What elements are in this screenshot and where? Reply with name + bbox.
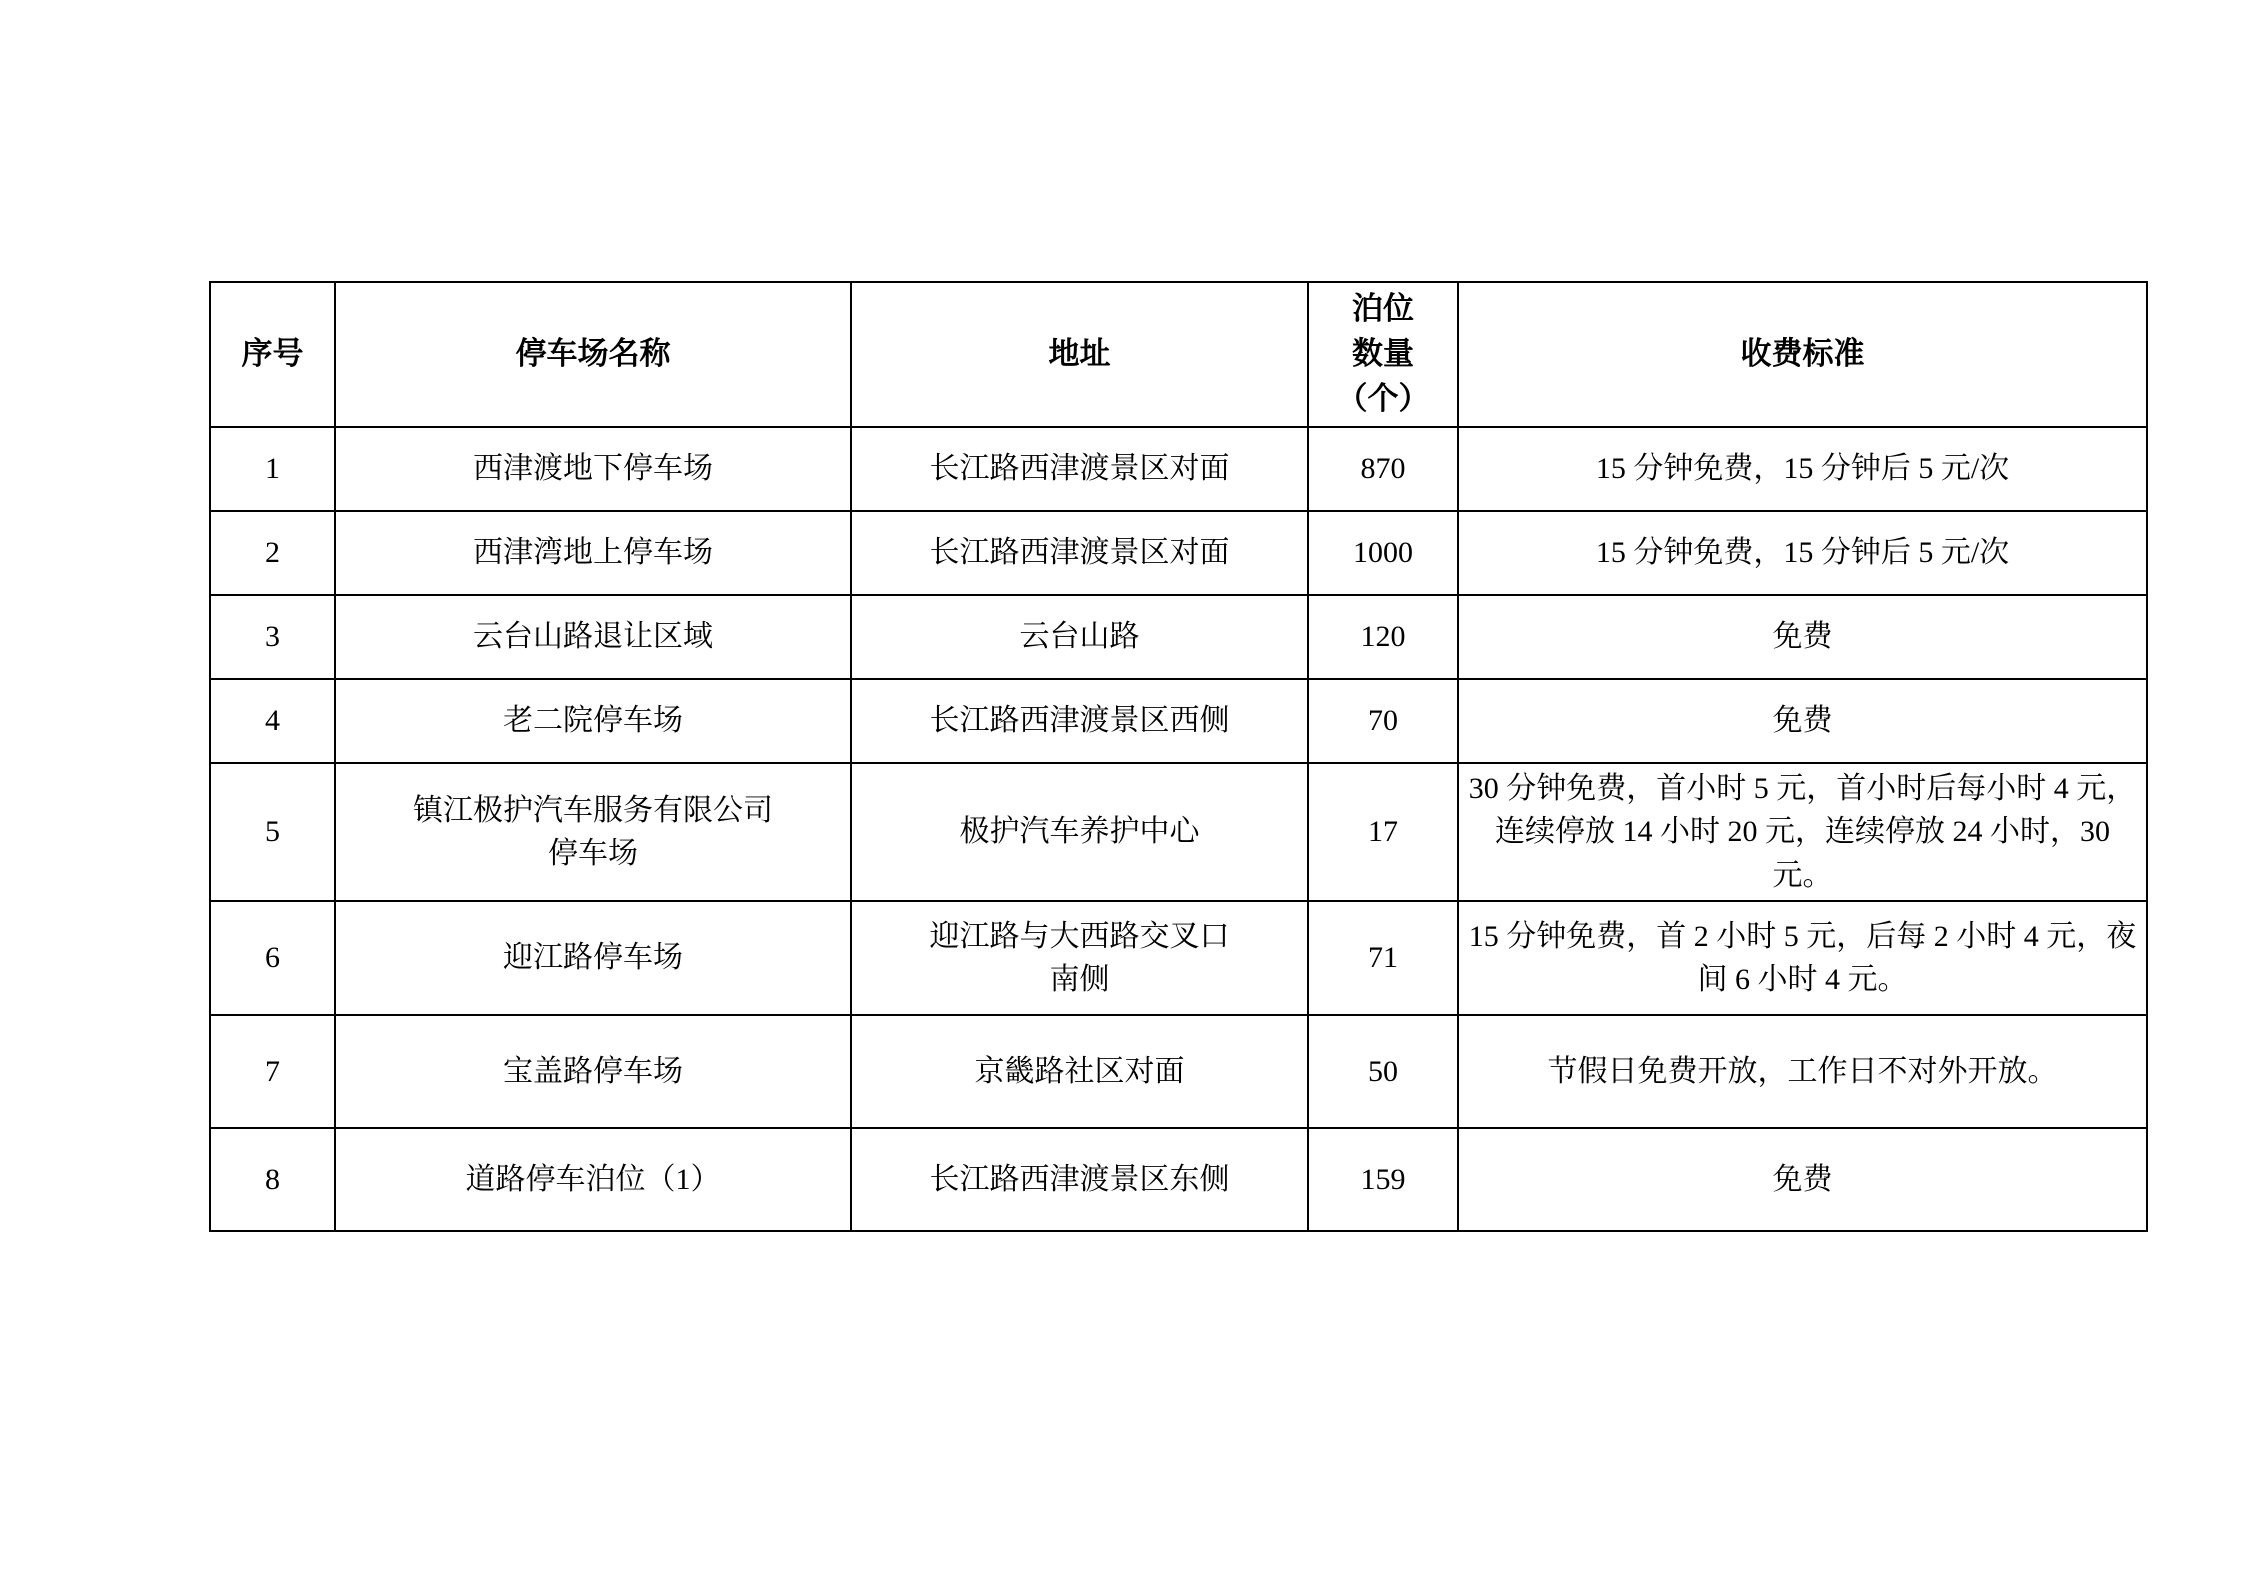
cell-name: 迎江路停车场 [335, 901, 851, 1015]
header-fee: 收费标准 [1458, 282, 2147, 427]
cell-name: 西津渡地下停车场 [335, 427, 851, 511]
header-berths: 泊位 数量 （个） [1308, 282, 1458, 427]
cell-berths: 1000 [1308, 511, 1458, 595]
cell-fee: 15 分钟免费，15 分钟后 5 元/次 [1458, 427, 2147, 511]
header-name: 停车场名称 [335, 282, 851, 427]
cell-berths: 159 [1308, 1128, 1458, 1231]
cell-name: 老二院停车场 [335, 679, 851, 763]
cell-address: 长江路西津渡景区对面 [851, 511, 1308, 595]
cell-address: 迎江路与大西路交叉口 南侧 [851, 901, 1308, 1015]
cell-address: 长江路西津渡景区对面 [851, 427, 1308, 511]
cell-address: 京畿路社区对面 [851, 1015, 1308, 1128]
cell-address: 云台山路 [851, 595, 1308, 679]
parking-table: 序号 停车场名称 地址 泊位 数量 （个） 收费标准 1 西津渡地下停车场 长江… [209, 281, 2148, 1232]
cell-berths: 50 [1308, 1015, 1458, 1128]
cell-index: 7 [210, 1015, 335, 1128]
cell-name: 西津湾地上停车场 [335, 511, 851, 595]
table-row: 2 西津湾地上停车场 长江路西津渡景区对面 1000 15 分钟免费，15 分钟… [210, 511, 2147, 595]
header-index: 序号 [210, 282, 335, 427]
cell-berths: 17 [1308, 763, 1458, 901]
cell-fee: 免费 [1458, 1128, 2147, 1231]
table-row: 5 镇江极护汽车服务有限公司 停车场 极护汽车养护中心 17 30 分钟免费，首… [210, 763, 2147, 901]
cell-fee: 免费 [1458, 595, 2147, 679]
cell-fee: 免费 [1458, 679, 2147, 763]
cell-index: 1 [210, 427, 335, 511]
cell-fee: 节假日免费开放，工作日不对外开放。 [1458, 1015, 2147, 1128]
cell-berths: 70 [1308, 679, 1458, 763]
cell-index: 6 [210, 901, 335, 1015]
cell-fee: 15 分钟免费，15 分钟后 5 元/次 [1458, 511, 2147, 595]
cell-fee: 15 分钟免费，首 2 小时 5 元，后每 2 小时 4 元，夜间 6 小时 4… [1458, 901, 2147, 1015]
cell-name: 宝盖路停车场 [335, 1015, 851, 1128]
cell-name: 云台山路退让区域 [335, 595, 851, 679]
cell-berths: 870 [1308, 427, 1458, 511]
cell-name: 道路停车泊位（1） [335, 1128, 851, 1231]
table-row: 4 老二院停车场 长江路西津渡景区西侧 70 免费 [210, 679, 2147, 763]
table-row: 3 云台山路退让区域 云台山路 120 免费 [210, 595, 2147, 679]
header-row: 序号 停车场名称 地址 泊位 数量 （个） 收费标准 [210, 282, 2147, 427]
cell-index: 3 [210, 595, 335, 679]
cell-fee: 30 分钟免费，首小时 5 元，首小时后每小时 4 元，连续停放 14 小时 2… [1458, 763, 2147, 901]
table-row: 7 宝盖路停车场 京畿路社区对面 50 节假日免费开放，工作日不对外开放。 [210, 1015, 2147, 1128]
cell-name: 镇江极护汽车服务有限公司 停车场 [335, 763, 851, 901]
cell-index: 2 [210, 511, 335, 595]
document-page: 序号 停车场名称 地址 泊位 数量 （个） 收费标准 1 西津渡地下停车场 长江… [0, 0, 2245, 1587]
table-row: 1 西津渡地下停车场 长江路西津渡景区对面 870 15 分钟免费，15 分钟后… [210, 427, 2147, 511]
cell-berths: 71 [1308, 901, 1458, 1015]
cell-index: 8 [210, 1128, 335, 1231]
cell-address: 长江路西津渡景区西侧 [851, 679, 1308, 763]
cell-address: 长江路西津渡景区东侧 [851, 1128, 1308, 1231]
cell-index: 4 [210, 679, 335, 763]
table-row: 6 迎江路停车场 迎江路与大西路交叉口 南侧 71 15 分钟免费，首 2 小时… [210, 901, 2147, 1015]
table-row: 8 道路停车泊位（1） 长江路西津渡景区东侧 159 免费 [210, 1128, 2147, 1231]
cell-address: 极护汽车养护中心 [851, 763, 1308, 901]
header-address: 地址 [851, 282, 1308, 427]
cell-berths: 120 [1308, 595, 1458, 679]
cell-index: 5 [210, 763, 335, 901]
